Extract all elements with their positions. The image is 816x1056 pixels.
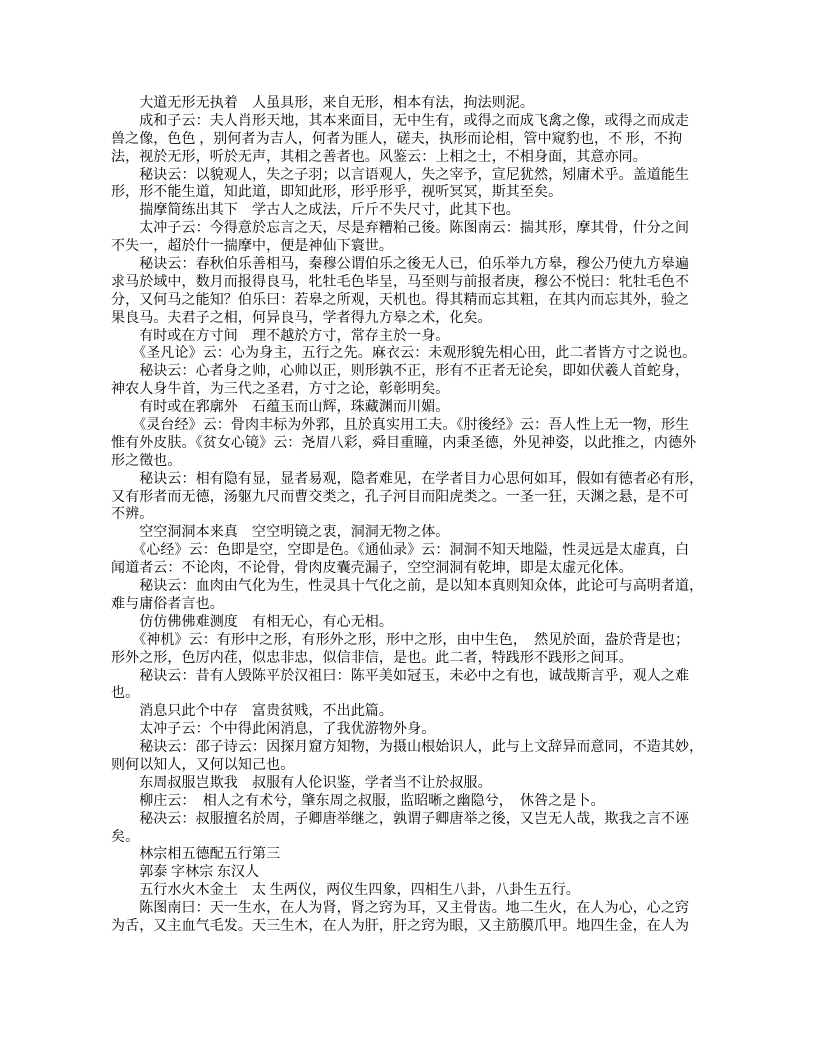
text-line: 果良马。夫君子之相，何异良马，学者得九方皋之术，化矣。 — [111, 310, 717, 328]
text-line: 难与庸俗者言也。 — [111, 596, 717, 614]
text-line: 又有形者而无德，汤躯九尺而曹交类之，孔子河目而阳虎类之。一圣一狂，天渊之悬，是不… — [111, 489, 717, 507]
text-line: 秘诀云：血肉由气化为生，性灵具十气化之前，是以知本真则知众体，此论可与高明者道， — [111, 578, 717, 596]
text-line: 太冲子云：今得意於忘言之天，尽是弃糟粕己後。陈图南云：揣其形，摩其骨，什分之间 — [111, 220, 717, 238]
text-line: 闻道者云：不论肉，不论骨，骨肉皮囊壳漏子，空空洞洞有乾坤，即是太虚元化体。 — [111, 560, 717, 578]
text-line: 林宗相五德配五行第三 — [111, 846, 717, 864]
text-line: 《灵台经》云：骨肉丰标为外郛，且於真实用工夫。《肘後经》云：吾人性上无一物，形生 — [111, 417, 717, 435]
text-line: 形，形不能生道，知此道，即知此形，形乎形乎，视听冥冥，斯其至矣。 — [111, 184, 717, 202]
text-line: 成和子云：夫人肖形天地，其本来面目，无中生有，或得之而成飞禽之像，或得之而成走 — [111, 113, 717, 131]
text-line: 秘决云：叔服擅名於周，子卿唐举继之，孰谓子卿唐举之後，又岂无人哉，欺我之言不诬 — [111, 811, 717, 829]
text-line: 东周叔服岂欺我 叔服有人伦识鉴，学者当不让於叔服。 — [111, 775, 717, 793]
text-line: 不失一，超於什一揣摩中，便是神仙下寰世。 — [111, 238, 717, 256]
text-line: 不辨。 — [111, 506, 717, 524]
text-line: 形之徵也。 — [111, 453, 717, 471]
text-line: 空空洞洞本来真 空空明镜之衷，洞洞无物之体。 — [111, 524, 717, 542]
text-line: 郭泰 字林宗 东汉人 — [111, 864, 717, 882]
text-line: 形外之形，色厉内荏，似忠非忠，似信非信，是也。此二者，特践形不践形之间耳。 — [111, 650, 717, 668]
text-line: 有时或在郛廓外 石蕴玉而山辉，珠藏渊而川媚。 — [111, 399, 717, 417]
text-line: 消息只此个中存 富贵贫贱，不出此篇。 — [111, 703, 717, 721]
text-line: 秘诀云：以貌观人，失之子羽；以言语观人，失之宰予，宣尼犹然，矧庸术乎。盖道能生 — [111, 167, 717, 185]
text-line: 揣摩简练出其下 学古人之成法，斤斤不失尺寸，此其下也。 — [111, 202, 717, 220]
text-line: 求马於域中，数月而报得良马，牝牡毛色毕呈，马至则与前报者庚，穆公不悦曰：牝牡毛色… — [111, 274, 717, 292]
text-line: 五行水火木金土 太 生两仪，两仪生四象，四相生八卦，八卦生五行。 — [111, 882, 717, 900]
text-line: 太冲子云：个中得此闲消息，了我优游物外身。 — [111, 721, 717, 739]
text-line: 则何以知人，又何以知己也。 — [111, 757, 717, 775]
text-line: 《神机》云：有形中之形，有形外之形，形中之形，由中生色， 然见於面，盎於背是也； — [111, 632, 717, 650]
text-line: 兽之像，色色 ，别何者为吉人，何者为匪人，磋夫，执形而论相，管中窥豹也，不 形，… — [111, 131, 717, 149]
text-line: 法，视於无形，听於无声，其相之善者也。风鉴云：上相之士，不相身面，其意亦同。 — [111, 149, 717, 167]
text-line: 秘诀云：邵子诗云：因探月窟方知物，为摄山根始识人，此与上文辞异而意同，不造其妙， — [111, 739, 717, 757]
text-line: 大道无形无执着 人虽具形，来自无形，相本有法，拘法则泥。 — [111, 95, 717, 113]
text-line: 矣。 — [111, 829, 717, 847]
text-line: 陈图南曰：天一生水，在人为肾，肾之窍为耳，又主骨齿。地二生火，在人为心，心之窍 — [111, 900, 717, 918]
text-line: 秘诀云：昔有人毁陈平於汉祖曰：陈平美如冠玉，未必中之有也，诚哉斯言乎，观人之难 — [111, 668, 717, 686]
text-line: 也。 — [111, 685, 717, 703]
text-line: 有时或在方寸间 理不越於方寸，常存主於一身。 — [111, 328, 717, 346]
document-text-block: 大道无形无执着 人虽具形，来自无形，相本有法，拘法则泥。 成和子云：夫人肖形天地… — [111, 95, 717, 936]
text-line: 秘诀云：心者身之帅，心帅以正，则形孰不正，形有不正者无论矣，即如伏羲人首蛇身， — [111, 363, 717, 381]
text-line: 分，又何马之能知？伯乐曰：若皋之所观，天机也。得其精而忘其粗，在其内而忘其外，验… — [111, 292, 717, 310]
text-line: 柳庄云： 相人之有术兮，肇东周之叔服，监昭晰之幽隐兮， 休咎之是卜。 — [111, 793, 717, 811]
text-line: 秘诀云：春秋伯乐善相马，秦穆公谓伯乐之後无人已，伯乐举九方皋，穆公乃使九方皋遍 — [111, 256, 717, 274]
text-line: 惟有外皮肤。《贫女心镜》云：尧眉八彩，舜目重瞳，内秉圣德，外见神姿，以此推之，内… — [111, 435, 717, 453]
text-line: 秘诀云：相有隐有显，显者易观，隐者难见，在学者目力心思何如耳，假如有德者必有形， — [111, 471, 717, 489]
document-page: 大道无形无执着 人虽具形，来自无形，相本有法，拘法则泥。 成和子云：夫人肖形天地… — [0, 0, 816, 1056]
text-line: 《圣凡论》云：心为身主，五行之先。麻衣云：未观形貌先相心田，此二者皆方寸之说也。 — [111, 345, 717, 363]
text-line: 神农人身牛首，为三代之圣君，方寸之论，彰彰明矣。 — [111, 381, 717, 399]
text-line: 《心经》云：色即是空，空即是色。《通仙录》云：洞洞不知天地隘，性灵远是太虚真，白 — [111, 542, 717, 560]
text-line: 为舌，又主血气毛发。天三生木，在人为肝，肝之窍为眼，又主筋膜爪甲。地四生金，在人… — [111, 918, 717, 936]
text-line: 仿仿佛佛难测度 有相无心，有心无相。 — [111, 614, 717, 632]
